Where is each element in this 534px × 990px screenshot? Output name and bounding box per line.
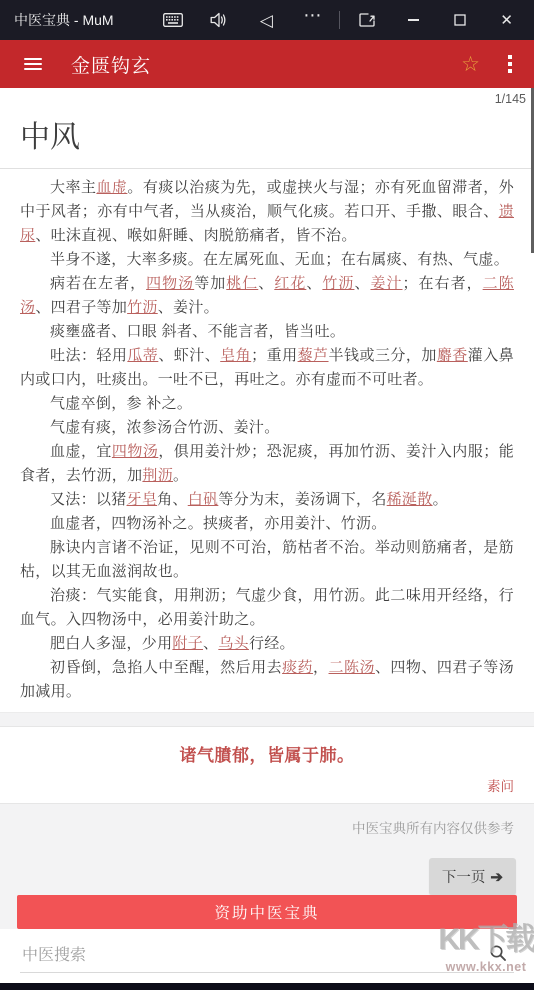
footer-section: 中医宝典所有内容仅供参考 下一页 ➔ 资助中医宝典 (0, 804, 534, 929)
term-link[interactable]: 白矾 (188, 491, 219, 508)
term-link[interactable]: 附子 (172, 635, 203, 652)
term-link[interactable]: 稀涎散 (387, 491, 433, 508)
search-input[interactable]: 中医搜索 (20, 934, 514, 973)
term-link[interactable]: 桃仁 (226, 275, 258, 292)
paragraph-text: 气虚有痰，浓参汤合竹沥、姜汁。 (50, 419, 280, 436)
paragraph-text: 。 (173, 467, 188, 484)
paragraph-text: 又法：以猪 (50, 491, 127, 508)
term-link[interactable]: 四物汤 (146, 275, 194, 292)
paragraph-text: ；重用 (251, 347, 297, 364)
more-icon[interactable]: ⋯ (293, 0, 333, 40)
paragraph: 脉诀内言诸不治证，见则不可治，筋枯者不治。举动则筋痛者，是筋枯，以其无血滋润故也… (20, 536, 514, 584)
term-link[interactable]: 麝香 (437, 347, 468, 364)
term-link[interactable]: 四物汤 (112, 443, 158, 460)
chapter-title: 中风 (20, 112, 534, 156)
paragraph: 半身不遂，大率多痰。在左属死血、无血；在右属痰、有热、气虚。 (20, 248, 514, 272)
paragraph-text: 角、 (157, 491, 188, 508)
paragraph-text: 血虚者，四物汤补之。挟痰者，亦用姜汁、竹沥。 (50, 515, 387, 532)
paragraph-text: 脉诀内言诸不治证，见则不可治，筋枯者不治。举动则筋痛者，是筋枯，以其无血滋润故也… (20, 539, 514, 580)
paragraph-text: 行经。 (249, 635, 295, 652)
book-title: 金匮钩玄 (71, 51, 461, 78)
term-link[interactable]: 藜芦 (298, 347, 329, 364)
screen-capture-icon[interactable] (347, 0, 387, 40)
term-link[interactable]: 红花 (274, 275, 306, 292)
search-placeholder: 中医搜索 (20, 942, 488, 965)
page-counter: 1/145 (0, 88, 534, 108)
quote-source-link[interactable]: 素问 (20, 775, 514, 795)
term-link[interactable]: 皂角 (220, 347, 251, 364)
emulator-window: 中医宝典 - MuM ◁ ⋯ ✕ 金匮钩玄 ☆ (0, 0, 534, 990)
menu-icon[interactable] (24, 58, 42, 71)
term-link[interactable]: 姜汁 (370, 275, 402, 292)
paragraph-text: 初昏倒，急掐人中至醒，然后用去 (50, 659, 282, 676)
volume-icon[interactable] (200, 0, 240, 40)
paragraph-text: 半身不遂，大率多痰。在左属死血、无血；在右属痰、有热、气虚。 (50, 251, 509, 268)
toolbar-divider (339, 11, 340, 29)
paragraph: 病若在左者，四物汤等加桃仁、红花、竹沥、姜汁；在右者，二陈汤、四君子等加竹沥、姜… (20, 272, 514, 320)
quote-section: 诸气膹郁，皆属于肺。 素问 (0, 727, 534, 804)
paragraph-text: 、 (258, 275, 274, 292)
paragraph-text: 痰壅盛者、口眼 斜者、不能言者，皆当吐。 (50, 323, 345, 340)
search-section: 中医搜索 (0, 929, 534, 983)
window-title-bar: 中医宝典 - MuM ◁ ⋯ ✕ (0, 0, 534, 40)
paragraph-text: 、四君子等加 (35, 299, 127, 316)
maximize-button[interactable] (440, 0, 480, 40)
paragraph-text: 、 (203, 635, 218, 652)
paragraph-text: 血虚，宜 (50, 443, 112, 460)
donate-button[interactable]: 资助中医宝典 (17, 895, 517, 929)
paragraph: 痰壅盛者、口眼 斜者、不能言者，皆当吐。 (20, 320, 514, 344)
paragraph-text: 等分为末，姜汤调下，名 (218, 491, 386, 508)
paragraph: 大率主血虚。有痰以治痰为先，或虚挟火与湿；亦有死血留滞者，外中于风者；亦有中气者… (20, 176, 514, 248)
bottom-edge-bar (0, 983, 534, 990)
paragraph: 血虚，宜四物汤，俱用姜汁炒；恐泥痰，再加竹沥、姜汁入内服；能食者，去竹沥，加荆沥… (20, 440, 514, 488)
paragraph: 肥白人多湿，少用附子、乌头行经。 (20, 632, 514, 656)
paragraph-text: 病若在左者， (50, 275, 146, 292)
paragraph: 初昏倒，急掐人中至醒，然后用去痰药，二陈汤、四物、四君子等汤加减用。 (20, 656, 514, 704)
paragraph: 血虚者，四物汤补之。挟痰者，亦用姜汁、竹沥。 (20, 512, 514, 536)
window-toolbar: ◁ ⋯ ✕ (150, 0, 534, 40)
back-icon[interactable]: ◁ (246, 0, 286, 40)
paragraph-text: 肥白人多湿，少用 (50, 635, 172, 652)
paragraph-text: 半钱或三分，加 (329, 347, 437, 364)
term-link[interactable]: 瓜蒂 (127, 347, 158, 364)
paragraph-text: ， (313, 659, 328, 676)
next-page-button[interactable]: 下一页 ➔ (429, 858, 516, 895)
paragraph: 吐法：轻用瓜蒂、虾汁、皂角；重用藜芦半钱或三分，加麝香灌入鼻内或口内，吐痰出。一… (20, 344, 514, 392)
section-spacer (0, 712, 534, 727)
paragraph-text: 治痰：气实能食，用荆沥；气虚少食，用竹沥。此二味用开经络，行血气。入四物汤中，必… (20, 587, 514, 628)
paragraph-text: 吐法：轻用 (50, 347, 127, 364)
next-page-label: 下一页 (442, 866, 486, 887)
paragraph-text: 、姜汁。 (158, 299, 219, 316)
term-link[interactable]: 血虚 (96, 179, 127, 196)
paragraph: 气虚有痰，浓参汤合竹沥、姜汁。 (20, 416, 514, 440)
term-link[interactable]: 乌头 (218, 635, 249, 652)
search-icon[interactable] (488, 943, 508, 963)
close-button[interactable]: ✕ (487, 0, 527, 40)
app-bar: 金匮钩玄 ☆ (0, 40, 534, 88)
article-body: 大率主血虚。有痰以治痰为先，或虚挟火与湿；亦有死血留滞者，外中于风者；亦有中气者… (0, 169, 534, 712)
paragraph-text: ；在右者， (403, 275, 483, 292)
paragraph-text: 、吐沫直视、喉如鼾睡、肉脱筋痛者，皆不治。 (35, 227, 356, 244)
window-title: 中医宝典 - MuM (0, 10, 150, 30)
favorite-star-icon[interactable]: ☆ (461, 54, 480, 75)
term-link[interactable]: 二陈汤 (329, 659, 375, 676)
paragraph: 又法：以猪牙皂角、白矾等分为末，姜汤调下，名稀涎散。 (20, 488, 514, 512)
paragraph-text: 大率主 (50, 179, 96, 196)
content-area: 1/145 中风 大率主血虚。有痰以治痰为先，或虚挟火与湿；亦有死血留滞者，外中… (0, 88, 534, 983)
paragraph: 气虚卒倒，参 补之。 (20, 392, 514, 416)
minimize-button[interactable] (394, 0, 434, 40)
next-arrow-icon: ➔ (490, 868, 503, 886)
quote-text: 诸气膹郁，皆属于肺。 (20, 741, 514, 766)
term-link[interactable]: 竹沥 (127, 299, 158, 316)
paragraph-text: 、 (354, 275, 370, 292)
term-link[interactable]: 荆沥 (142, 467, 173, 484)
paragraph-text: 气虚卒倒，参 补之。 (50, 395, 192, 412)
term-link[interactable]: 竹沥 (322, 275, 354, 292)
paragraph-text: 、 (306, 275, 322, 292)
disclaimer-text: 中医宝典所有内容仅供参考 (0, 817, 514, 837)
term-link[interactable]: 痰药 (282, 659, 313, 676)
keyboard-icon[interactable] (153, 0, 193, 40)
paragraph-text: 等加 (194, 275, 226, 292)
paragraph: 治痰：气实能食，用荆沥；气虚少食，用竹沥。此二味用开经络，行血气。入四物汤中，必… (20, 584, 514, 632)
paragraph-text: 、虾汁、 (158, 347, 220, 364)
paragraph-text: 。 (433, 491, 448, 508)
term-link[interactable]: 牙皂 (127, 491, 158, 508)
overflow-menu-icon[interactable] (504, 51, 516, 77)
